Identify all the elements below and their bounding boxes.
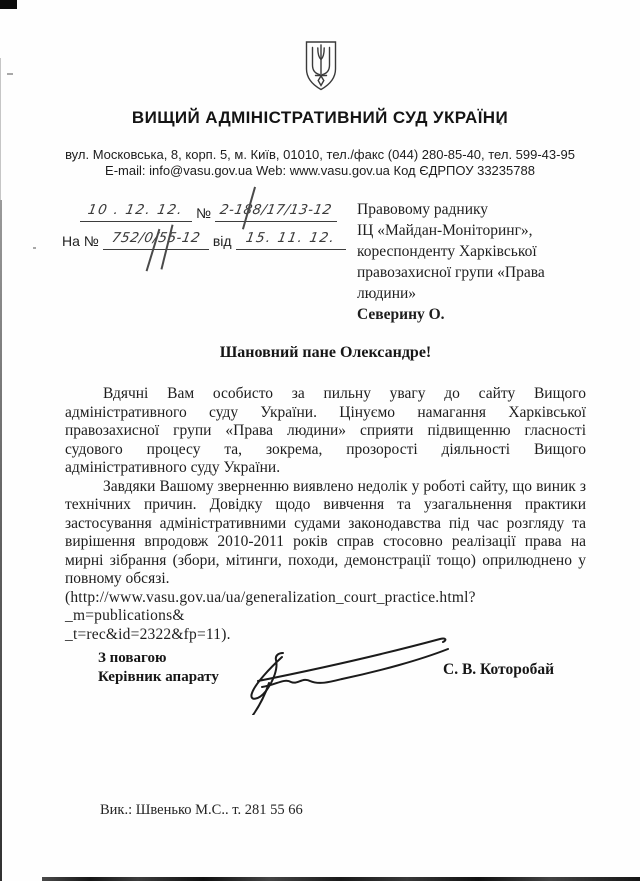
body-line: судового процесу та, зокрема, прозорості…	[65, 441, 586, 460]
ukraine-trident-emblem-icon	[303, 40, 339, 92]
url-line: (http://www.vasu.gov.ua/ua/generalizatio…	[65, 589, 586, 626]
signatory-name: С. В. Которобай	[443, 661, 554, 679]
outgoing-date-handwritten: 10 . 12. 12.	[87, 202, 185, 218]
body-line: адміністративного суду України.	[65, 459, 586, 478]
outgoing-number-handwritten: 2-188/17/13-12	[219, 202, 334, 218]
body-line: Вдячні Вам особисто за пильну увагу до с…	[65, 385, 586, 404]
reference-row-outgoing: 10 . 12. 12.№2-188/17/13-12	[80, 201, 337, 222]
number-sign-label: №	[192, 202, 215, 222]
body-line: адміністративного суду України. Цінуємо …	[65, 404, 586, 423]
recipient-line: кореспонденту Харківської	[357, 241, 612, 262]
recipient-line: правозахисної групи «Права	[357, 262, 612, 283]
closing-line: З повагою	[98, 649, 219, 668]
reply-date-handwritten: 15. 11. 12.	[244, 230, 336, 246]
recipient-line: Правовому раднику	[357, 199, 612, 220]
body-line: вирішення впродовж 2010-2011 років справ…	[65, 533, 586, 552]
executor-note: Вик.: Швенько М.С.. т. 281 55 66	[100, 802, 303, 819]
body-line: повному обсязі.	[65, 570, 586, 589]
outgoing-date-field: 10 . 12. 12.	[80, 201, 192, 222]
body-line: технічних причин. Довідку щодо вивчення …	[65, 496, 586, 515]
reply-number-label: На №	[62, 230, 103, 250]
scan-speck	[33, 247, 36, 249]
recipient-line: людини»	[357, 283, 612, 304]
body-line: застосування адміністративними судами за…	[65, 515, 586, 534]
recipient-block: Правовому раднику ІЦ «Майдан-Моніторинг»…	[357, 199, 612, 325]
org-title: ВИЩИЙ АДМІНІСТРАТИВНИЙ СУД УКРАЇНИ	[0, 108, 640, 128]
recipient-line: ІЦ «Майдан-Моніторинг»,	[357, 220, 612, 241]
reply-date-label: від	[209, 230, 236, 250]
body-line: Завдяки Вашому зверненню виявлено недолі…	[65, 478, 586, 497]
scan-left-edge	[0, 200, 2, 881]
scan-bottom-edge	[42, 877, 640, 881]
reference-row-reply: На №752/0/55-12від15. 11. 12.	[62, 229, 346, 250]
org-contacts: E-mail: info@vasu.gov.ua Web: www.vasu.g…	[0, 163, 640, 178]
reply-date-field: 15. 11. 12.	[236, 229, 346, 250]
closing-line: Керівник апарату	[98, 668, 219, 687]
body-line: правозахисної групи «Права людини» сприя…	[65, 422, 586, 441]
salutation: Шановний пане Олександре!	[65, 344, 586, 362]
scan-left-edge-faint	[0, 58, 1, 200]
scan-speck	[7, 73, 13, 75]
handwritten-signature-icon	[228, 627, 458, 715]
scan-corner-artifact	[0, 0, 17, 9]
org-address: вул. Московська, 8, корп. 5, м. Київ, 01…	[0, 147, 640, 162]
closing-block: З повагою Керівник апарату	[98, 649, 219, 687]
recipient-name: Северину О.	[357, 304, 612, 325]
body-line: мирні зібрання (збори, мітинги, походи, …	[65, 552, 586, 571]
scanned-letter-page: ВИЩИЙ АДМІНІСТРАТИВНИЙ СУД УКРАЇНИ вул. …	[0, 0, 640, 881]
outgoing-number-field: 2-188/17/13-12	[215, 201, 337, 222]
letter-body: Вдячні Вам особисто за пильну увагу до с…	[65, 385, 586, 644]
